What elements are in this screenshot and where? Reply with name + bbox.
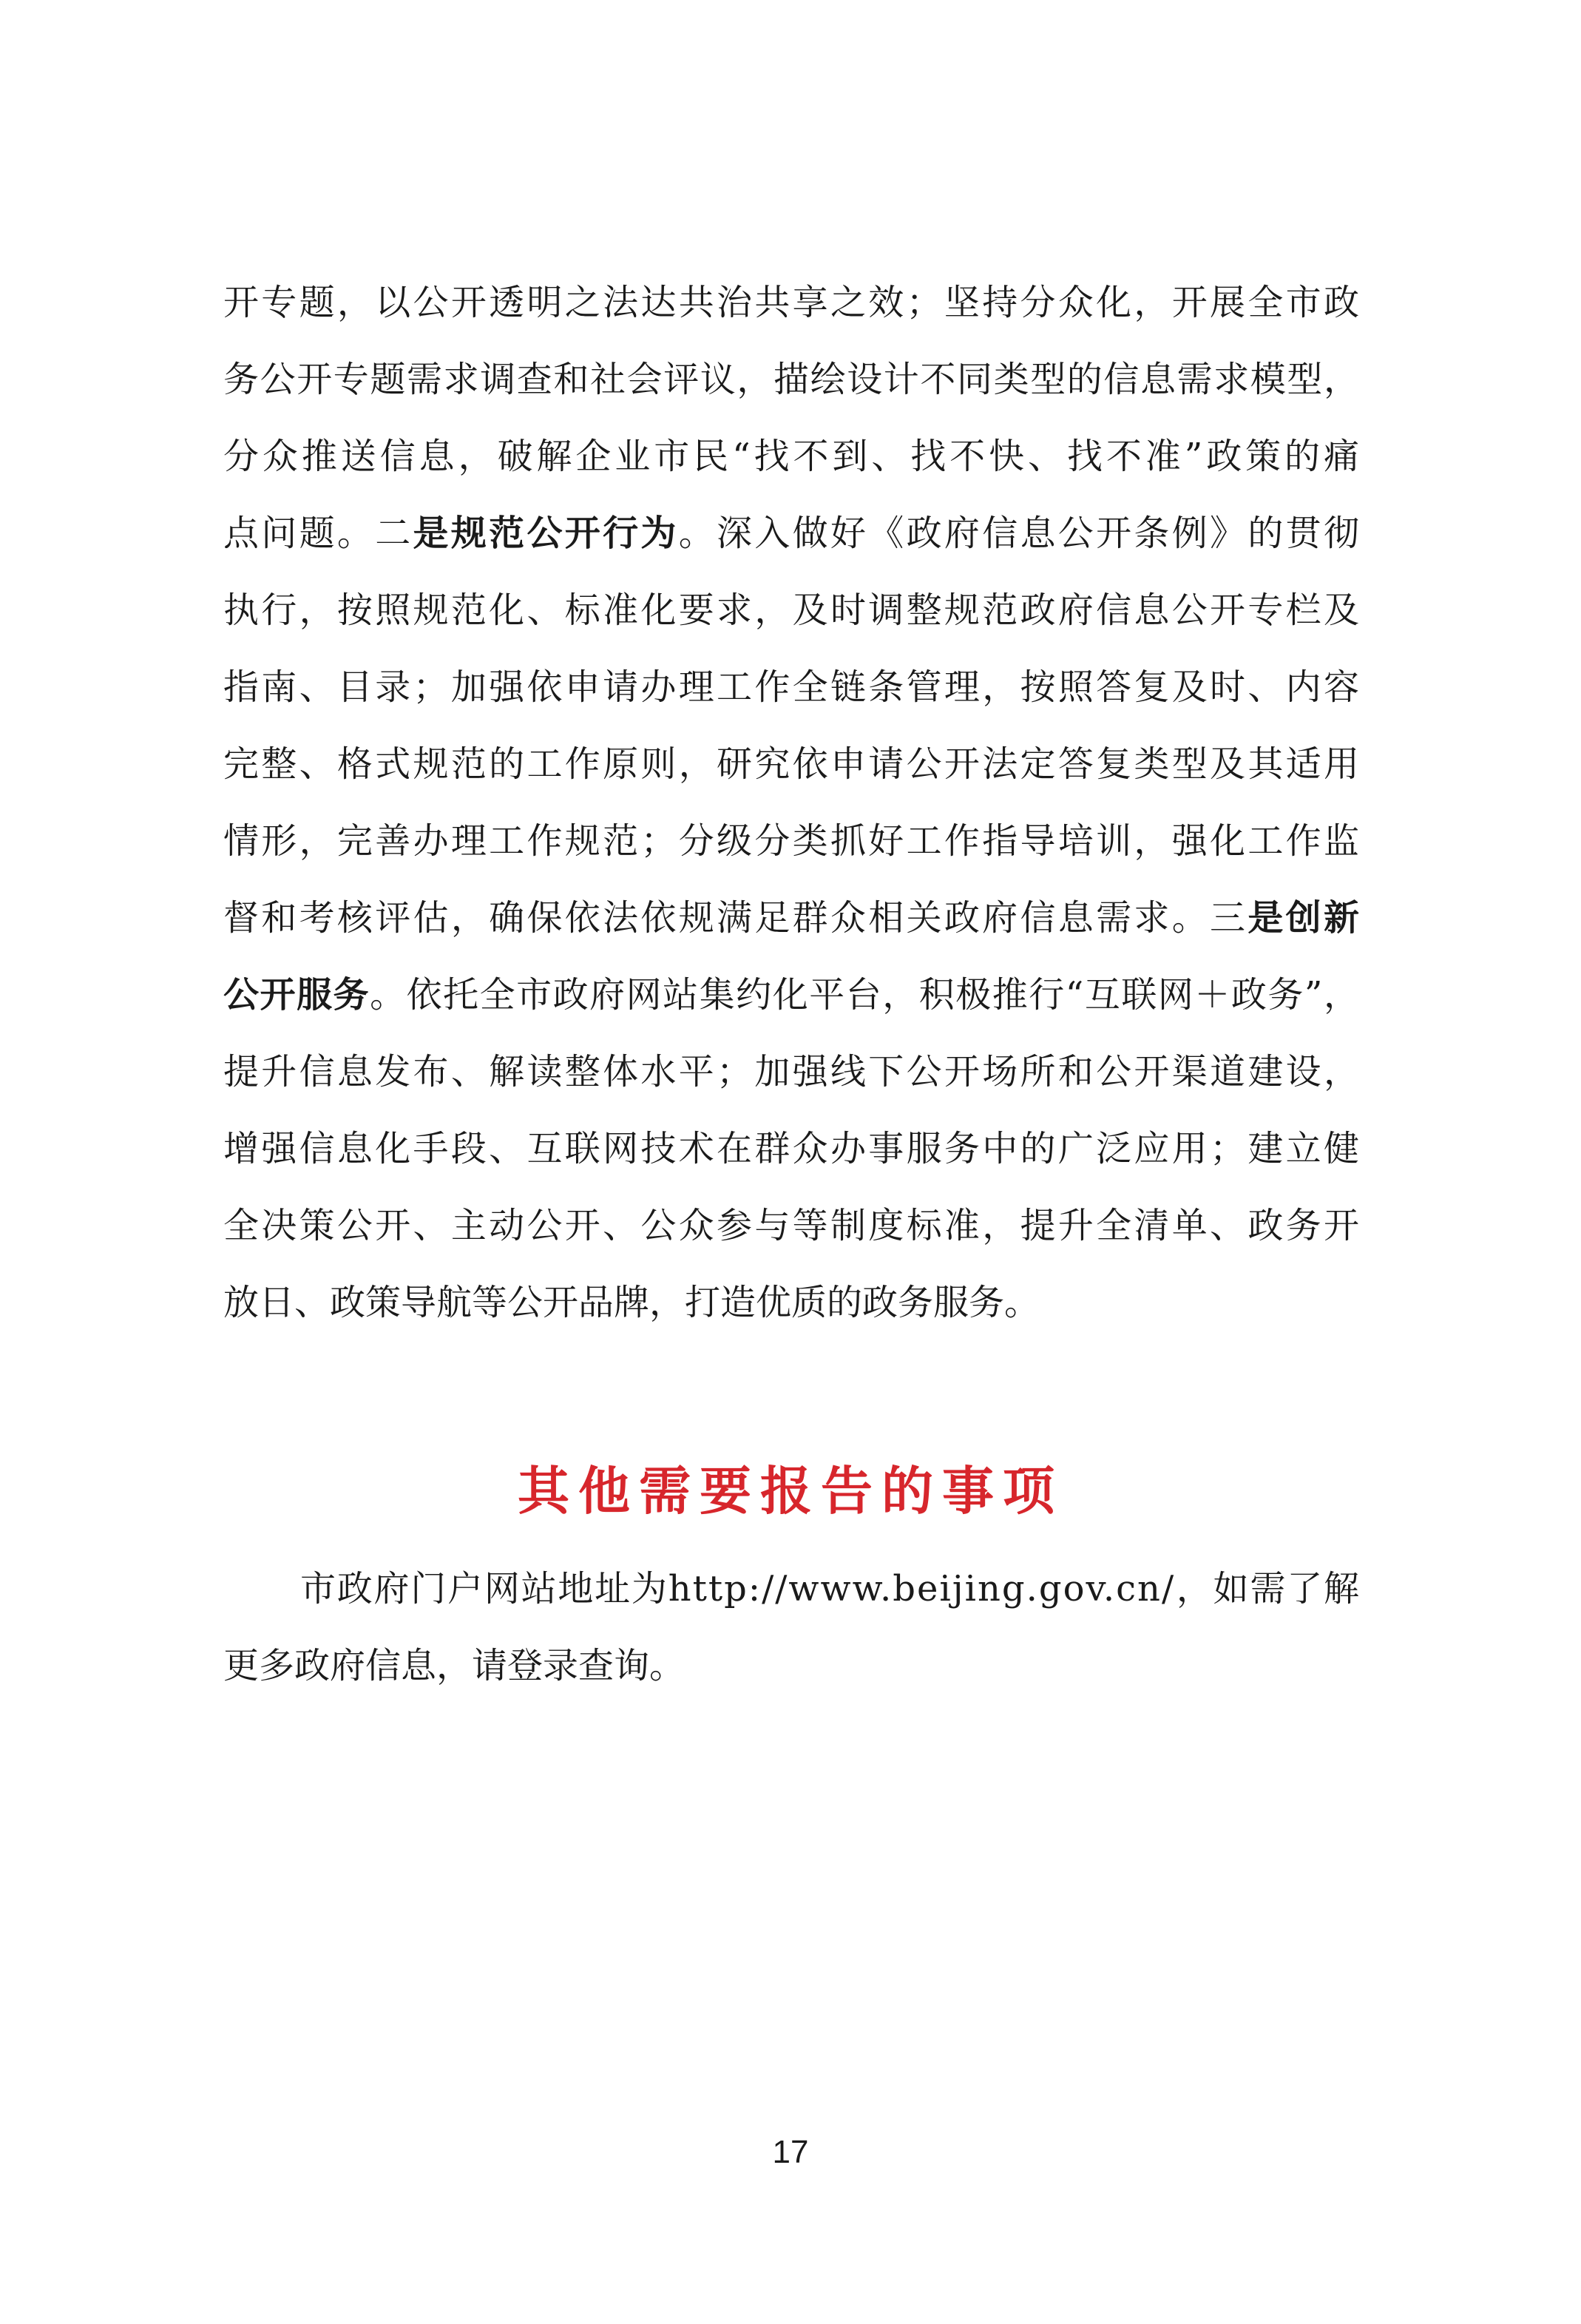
- paragraph-line: 开专题，以公开透明之法达共治共享之效；坚持分众化，开展全市政: [223, 264, 1359, 341]
- text-run: 务公开专题需求调查和社会评议，描绘设计不同类型的信息需求模型，: [223, 359, 1359, 400]
- bold-emphasis-innovate: 是创新: [1247, 897, 1359, 939]
- text-run: 点问题。二: [223, 513, 413, 554]
- text-run: 提升信息发布、解读整体水平；加强线下公开场所和公开渠道建设，: [223, 1051, 1359, 1092]
- paragraph-line: 全决策公开、主动公开、公众参与等制度标准，提升全清单、政务开: [223, 1187, 1359, 1264]
- page-number: 17: [0, 2132, 1581, 2173]
- paragraph-line: 提升信息发布、解读整体水平；加强线下公开场所和公开渠道建设，: [223, 1033, 1359, 1110]
- bold-emphasis-standardize-disclosure: 是规范公开行为: [413, 513, 679, 554]
- paragraph-line: 完整、格式规范的工作原则，研究依申请公开法定答复类型及其适用: [223, 726, 1359, 803]
- text-run: ，如需了解: [1175, 1568, 1359, 1609]
- text-run: 执行，按照规范化、标准化要求，及时调整规范政府信息公开专栏及: [223, 590, 1359, 631]
- document-page: 开专题，以公开透明之法达共治共享之效；坚持分众化，开展全市政 务公开专题需求调查…: [0, 0, 1581, 2324]
- paragraph-line: 务公开专题需求调查和社会评议，描绘设计不同类型的信息需求模型，: [223, 341, 1359, 418]
- text-run: 情形，完善办理工作规范；分级分类抓好工作指导培训，强化工作监: [223, 820, 1359, 862]
- text-run: 。深入做好《政府信息公开条例》的贯彻: [679, 513, 1359, 554]
- paragraph-line: 更多政府信息，请登录查询。: [223, 1627, 1359, 1704]
- paragraph-line: 公开服务。依托全市政府网站集约化平台，积极推行“互联网＋政务”，: [223, 956, 1359, 1033]
- paragraph-line: 市政府门户网站地址为http://www.beijing.gov.cn/，如需了…: [223, 1550, 1359, 1627]
- text-run: 全决策公开、主动公开、公众参与等制度标准，提升全清单、政务开: [223, 1205, 1359, 1246]
- paragraph-line: 督和考核评估，确保依法依规满足群众相关政府信息需求。三是创新: [223, 879, 1359, 956]
- paragraph-line: 分众推送信息，破解企业市民“找不到、找不快、找不准”政策的痛: [223, 418, 1359, 495]
- section-heading: 其他需要报告的事项: [0, 1456, 1581, 1527]
- paragraph-line: 指南、目录；加强依申请办理工作全链条管理，按照答复及时、内容: [223, 649, 1359, 726]
- text-run: 开专题，以公开透明之法达共治共享之效；坚持分众化，开展全市政: [223, 282, 1359, 323]
- portal-url-link[interactable]: http://www.beijing.gov.cn/: [668, 1568, 1175, 1609]
- paragraph-line: 放日、政策导航等公开品牌，打造优质的政务服务。: [223, 1264, 1359, 1341]
- text-run: 更多政府信息，请登录查询。: [223, 1645, 685, 1686]
- body-paragraph-portal-info: 市政府门户网站地址为http://www.beijing.gov.cn/，如需了…: [223, 1550, 1359, 1704]
- text-run: 完整、格式规范的工作原则，研究依申请公开法定答复类型及其适用: [223, 743, 1359, 785]
- text-run: 增强信息化手段、互联网技术在群众办事服务中的广泛应用；建立健: [223, 1128, 1359, 1169]
- text-run: 督和考核评估，确保依法依规满足群众相关政府信息需求。三: [223, 897, 1247, 939]
- text-run: 放日、政策导航等公开品牌，打造优质的政务服务。: [223, 1282, 1040, 1323]
- text-run: 分众推送信息，破解企业市民“找不到、找不快、找不准”政策的痛: [223, 436, 1359, 477]
- bold-emphasis-disclosure-service: 公开服务: [223, 974, 370, 1016]
- paragraph-line: 点问题。二是规范公开行为。深入做好《政府信息公开条例》的贯彻: [223, 495, 1359, 572]
- text-run: 市政府门户网站地址为: [300, 1568, 668, 1609]
- body-paragraph-open-government-measures: 开专题，以公开透明之法达共治共享之效；坚持分众化，开展全市政 务公开专题需求调查…: [223, 264, 1359, 1341]
- text-run: 。依托全市政府网站集约化平台，积极推行“互联网＋政务”，: [370, 974, 1359, 1016]
- paragraph-line: 情形，完善办理工作规范；分级分类抓好工作指导培训，强化工作监: [223, 803, 1359, 879]
- paragraph-line: 执行，按照规范化、标准化要求，及时调整规范政府信息公开专栏及: [223, 572, 1359, 649]
- paragraph-line: 增强信息化手段、互联网技术在群众办事服务中的广泛应用；建立健: [223, 1110, 1359, 1187]
- text-run: 指南、目录；加强依申请办理工作全链条管理，按照答复及时、内容: [223, 666, 1359, 708]
